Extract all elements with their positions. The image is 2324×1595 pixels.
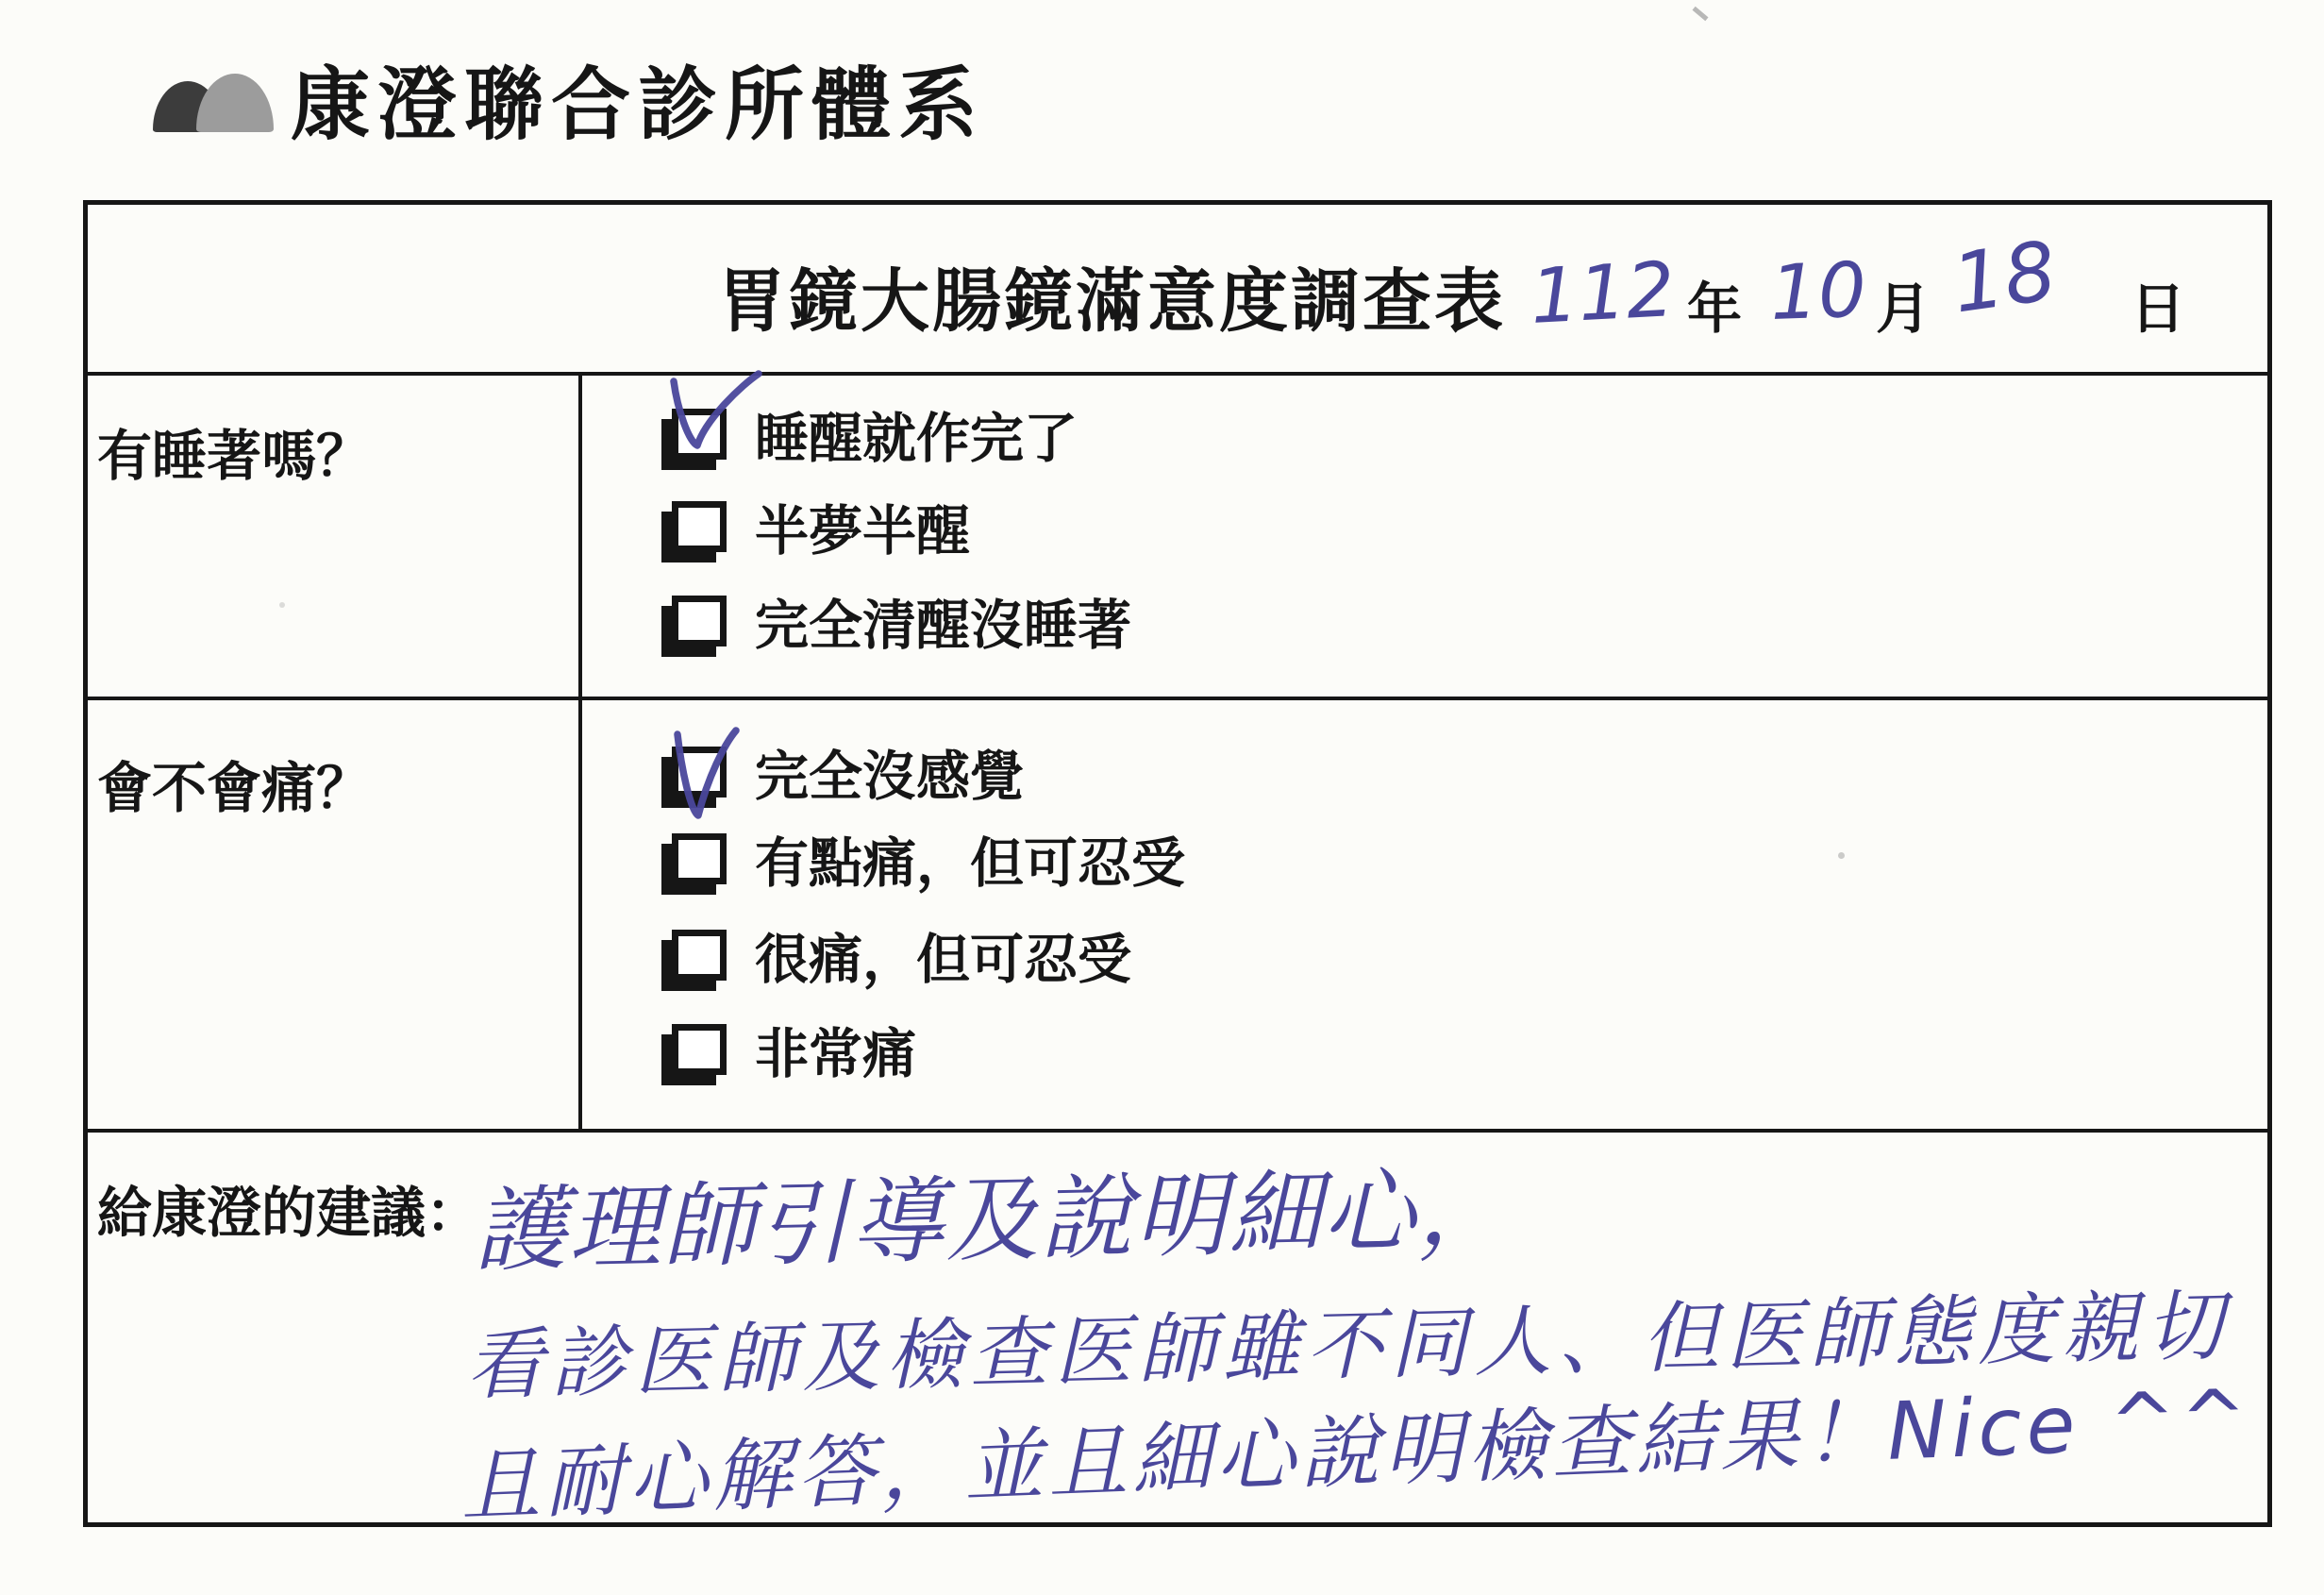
date-day-value: 18 [1947, 224, 2062, 331]
option-label: 半夢半醒 [755, 488, 970, 565]
option-label: 完全清醒沒睡著 [755, 582, 1131, 660]
option-row: 完全清醒沒睡著 [672, 591, 1131, 651]
date-year-value: 112 [1529, 245, 1677, 341]
option-row: 很痛，但可忍受 [672, 925, 1131, 985]
handwritten-suggestion-line-1: 護理師引導及說明細心， [473, 1135, 1513, 1290]
date-month-value: 10 [1768, 245, 1867, 336]
checkbox-icon [672, 501, 727, 552]
date-day-unit: 日 [2131, 264, 2185, 344]
option-label: 有點痛，但可忍受 [755, 820, 1185, 898]
scan-speck [1838, 852, 1845, 859]
checkbox-icon [672, 833, 727, 884]
checkbox-icon [672, 596, 727, 646]
checkmark-icon [666, 719, 747, 829]
table-border-right [2267, 200, 2272, 1527]
clinic-logo-icon [153, 72, 276, 132]
scan-speck [1692, 7, 1708, 21]
date-year-unit: 年 [1687, 264, 1742, 344]
row-divider-3 [83, 1129, 2272, 1133]
checkbox-icon [672, 930, 727, 981]
question-1-label: 有睡著嗎？ [97, 411, 371, 491]
suggestion-label: 給康澄的建議： [97, 1168, 480, 1248]
scan-speck [279, 602, 285, 608]
table-border-top [83, 200, 2272, 205]
option-label: 完全沒感覺 [755, 733, 1024, 811]
row-divider-2 [83, 697, 2272, 700]
option-label: 非常痛 [755, 1011, 916, 1088]
checkmark-icon [659, 370, 768, 466]
option-label: 很痛，但可忍受 [755, 916, 1131, 994]
clinic-name: 康澄聯合診所體系 [291, 42, 985, 156]
column-divider [578, 372, 582, 1133]
scan-page: 康澄聯合診所體系 胃鏡大腸鏡滿意度調查表 112 年 10 月 18 日 有睡著… [0, 0, 2324, 1595]
date-month-unit: 月 [1876, 264, 1931, 344]
option-row: 有點痛，但可忍受 [672, 829, 1185, 889]
row-divider-1 [83, 372, 2272, 376]
option-row: 非常痛 [672, 1019, 916, 1080]
table-border-bottom [83, 1522, 2272, 1527]
question-2-label: 會不會痛？ [97, 744, 371, 823]
option-row: 半夢半醒 [672, 496, 970, 557]
form-title: 胃鏡大腸鏡滿意度調查表 [717, 245, 1506, 344]
checkbox-icon [672, 1024, 727, 1075]
table-border-left [83, 200, 88, 1527]
option-label: 睡醒就作完了 [755, 395, 1078, 473]
logo-gray-shape [196, 74, 274, 132]
